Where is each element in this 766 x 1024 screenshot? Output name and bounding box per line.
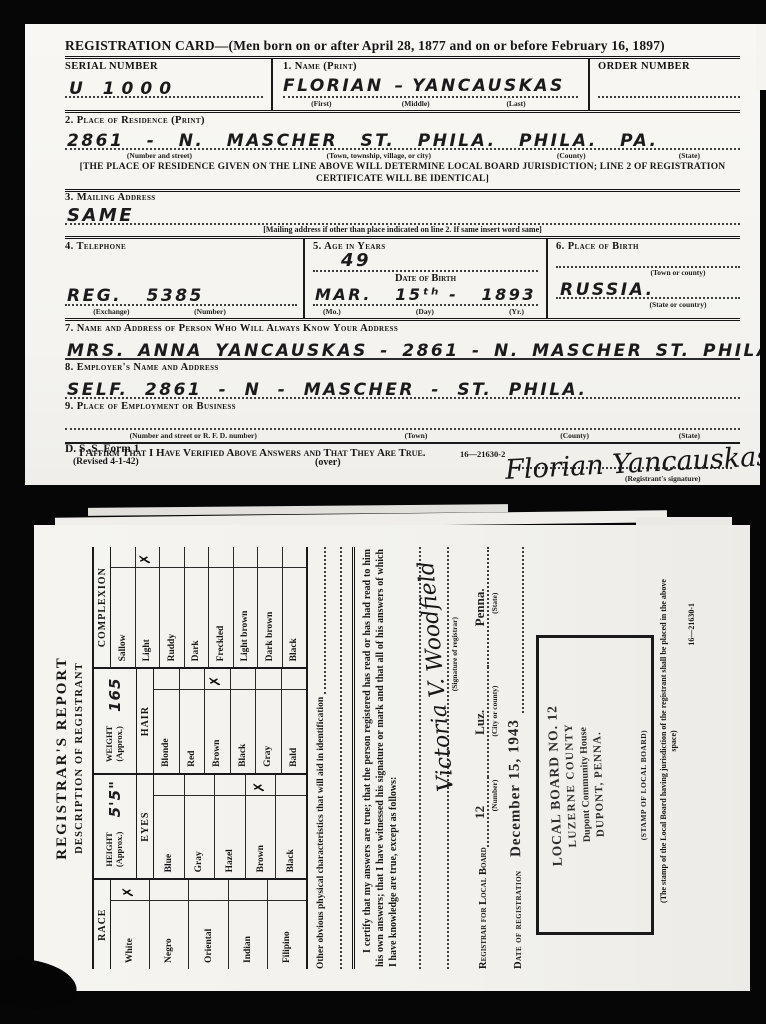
mailing-label: 3. Mailing Address bbox=[65, 192, 740, 203]
mailing-line: SAME bbox=[65, 203, 740, 225]
height-eyes-column: HEIGHT (Approx.) 5'5" EYES Blue Gray Haz… bbox=[94, 775, 306, 881]
board-state-segment: Penna. bbox=[469, 547, 489, 667]
check-mark: ✗ bbox=[138, 553, 155, 566]
employment-label: 9. Place of Employment or Business bbox=[65, 401, 740, 412]
race-option-oriental: Oriental bbox=[189, 880, 228, 969]
scan-paper-edge bbox=[756, 24, 766, 90]
registration-date-value: December 15, 1943 bbox=[505, 719, 524, 857]
hair-option-black: Black bbox=[231, 669, 257, 773]
other-characteristics-row: Other obvious physical characteristics t… bbox=[316, 547, 326, 969]
back-print-code: 16—21630-1 bbox=[687, 603, 696, 969]
mailing-note: [Mailing address if other than place ind… bbox=[125, 225, 680, 234]
hair-option-brown: Brown ✗ bbox=[205, 669, 231, 773]
complexion-light-checkbox: ✗ bbox=[136, 547, 160, 568]
other-characteristics-line bbox=[326, 547, 342, 969]
local-board-label: Registrar for Local Board bbox=[478, 847, 489, 969]
employer-line: SELF. 2861 - N - MASCHER - ST. PHILA. bbox=[65, 373, 740, 399]
weight-approx-label: (Approx.) bbox=[114, 726, 124, 762]
dob-month-value: MAR. bbox=[315, 285, 372, 304]
birthplace-label: 6. Place of Birth bbox=[556, 241, 740, 252]
birthplace-sub-state: (State or country) bbox=[616, 300, 740, 309]
race-option-filipino: Filipino bbox=[268, 880, 306, 969]
registrar-signature-label: (Signature of registrar) bbox=[450, 617, 459, 969]
height-cell: HEIGHT (Approx.) 5'5" bbox=[94, 775, 137, 879]
telephone-sub-number: (Number) bbox=[158, 307, 262, 316]
name-last-value: YANCAUSKAS bbox=[412, 76, 565, 96]
form-id: D. S. S. Form 1 bbox=[65, 443, 139, 455]
eyes-option-brown: Brown ✗ bbox=[246, 775, 277, 879]
local-board-sublabels: (Number) (City or county) (State) bbox=[490, 547, 499, 969]
weight-value: 165 bbox=[106, 678, 124, 712]
eyes-brown-checkbox: ✗ bbox=[246, 775, 276, 796]
employer-value: SELF. 2861 - N - MASCHER - ST. PHILA. bbox=[67, 380, 587, 400]
order-number-label: ORDER NUMBER bbox=[598, 61, 740, 72]
telephone-cell: 4. Telephone REG. 5385 (Exchange) (Numbe… bbox=[65, 239, 305, 318]
serial-name-order-row: SERIAL NUMBER U 1000 1. Name (Print) FLO… bbox=[65, 59, 740, 113]
registration-date-label: Date of registration bbox=[513, 871, 524, 969]
registration-card-front: REGISTRATION CARD—(Men born on or after … bbox=[25, 24, 760, 485]
complexion-option-light: Light ✗ bbox=[136, 547, 161, 667]
hair-option-bald: Bald bbox=[282, 669, 307, 773]
description-table: RACE White ✗ Negro Oriental Indian bbox=[92, 547, 308, 969]
complexion-option-black: Black bbox=[283, 547, 307, 667]
employment-line bbox=[65, 412, 740, 430]
registrar-signature-zone: Victoria V. Woodfield bbox=[427, 547, 449, 969]
order-number-line bbox=[598, 72, 740, 98]
race-column: RACE White ✗ Negro Oriental Indian bbox=[94, 880, 306, 969]
board-sub-state: (State) bbox=[490, 547, 499, 660]
weight-cell: WEIGHT (Approx.) 165 bbox=[94, 669, 137, 773]
name-sub-first: (First) bbox=[283, 99, 360, 108]
hair-header: HAIR bbox=[137, 669, 154, 773]
section-rule bbox=[352, 547, 355, 969]
complexion-option-sallow: Sallow bbox=[111, 547, 136, 667]
name-line: FLORIAN – YANCAUSKAS bbox=[283, 72, 578, 98]
name-sub-middle: (Middle) bbox=[360, 99, 472, 108]
board-city-value: Luz. bbox=[472, 710, 487, 735]
birthplace-line: RUSSIA. bbox=[556, 277, 740, 299]
dob-line: MAR. 15ᵗʰ - 1893 bbox=[313, 284, 538, 306]
dob-day-value: 15ᵗʰ - bbox=[395, 285, 458, 304]
registrar-certification: I certify that my answers are true; that… bbox=[361, 549, 401, 967]
complexion-option-ruddy: Ruddy bbox=[160, 547, 185, 667]
jurisdiction-note: [THE PLACE OF RESIDENCE GIVEN ON THE LIN… bbox=[73, 162, 732, 186]
telephone-line: REG. 5385 bbox=[65, 282, 297, 306]
race-white-checkbox: ✗ bbox=[111, 880, 149, 901]
height-label: HEIGHT bbox=[104, 832, 114, 866]
board-sub-number: (Number) bbox=[490, 763, 499, 829]
age-value: 49 bbox=[341, 250, 538, 268]
order-number-cell: ORDER NUMBER bbox=[588, 59, 740, 110]
contact-value: MRS. ANNA YANCAUSKAS - 2861 - N. MASCHER… bbox=[67, 341, 760, 361]
front-print-code: 16—21630-2 bbox=[460, 449, 505, 459]
board-city-segment: Luz. bbox=[469, 667, 489, 777]
telephone-value: REG. 5385 bbox=[67, 286, 204, 306]
other-characteristics-label: Other obvious physical characteristics t… bbox=[316, 697, 326, 969]
telephone-age-birth-row: 4. Telephone REG. 5385 (Exchange) (Numbe… bbox=[65, 239, 740, 321]
serial-number-cell: SERIAL NUMBER U 1000 bbox=[65, 59, 273, 110]
complexion-header: COMPLEXION bbox=[94, 547, 111, 667]
registrant-signature-label: (Registrant's signature) bbox=[625, 474, 700, 483]
age-dob-cell: 5. Age in Years 49 Date of Birth MAR. 15… bbox=[305, 239, 548, 318]
complexion-option-dark-brown: Dark brown bbox=[258, 547, 283, 667]
serial-number-line: U 1000 bbox=[65, 72, 263, 98]
name-first-value: FLORIAN bbox=[283, 76, 384, 96]
form-revision: (Revised 4-1-42) bbox=[73, 457, 139, 467]
card-title: REGISTRATION CARD—(Men born on or after … bbox=[65, 38, 740, 54]
hair-option-gray: Gray bbox=[256, 669, 282, 773]
contact-label: 7. Name and Address of Person Who Will A… bbox=[65, 323, 740, 334]
local-board-row: Registrar for Local Board 12 Luz. Penna. bbox=[469, 547, 489, 969]
local-board-stamp-box: LOCAL BOARD NO. 12 LUZERNE COUNTY Dupont… bbox=[536, 635, 654, 935]
weight-hair-column: WEIGHT (Approx.) 165 HAIR Blonde Red Bro… bbox=[94, 669, 306, 775]
dob-sub-year: (Yr.) bbox=[509, 307, 524, 316]
residence-sub-county: (County) bbox=[504, 151, 639, 160]
residence-sub-street: (Number and street) bbox=[65, 151, 254, 160]
residence-sub-town: (Town, township, village, or city) bbox=[254, 151, 504, 160]
board-state-value: Penna. bbox=[472, 588, 487, 626]
eyes-option-hazel: Hazel bbox=[215, 775, 246, 879]
contact-line: MRS. ANNA YANCAUSKAS - 2861 - N. MASCHER… bbox=[65, 334, 740, 360]
complexion-option-dark: Dark bbox=[185, 547, 210, 667]
residence-section: 2. Place of Residence (Print) 2861 - N. … bbox=[65, 113, 740, 186]
front-footer: D. S. S. Form 1 (Revised 4-1-42) (over) … bbox=[65, 437, 742, 481]
height-approx-label: (Approx.) bbox=[114, 832, 124, 868]
race-option-white: White ✗ bbox=[111, 880, 150, 969]
hair-option-red: Red bbox=[180, 669, 206, 773]
eyes-option-black: Black bbox=[276, 775, 306, 879]
weight-label: WEIGHT bbox=[104, 726, 114, 762]
check-mark: ✗ bbox=[120, 886, 137, 899]
employer-label: 8. Employer's Name and Address bbox=[65, 362, 740, 373]
mailing-section: 3. Mailing Address SAME [Mailing address… bbox=[65, 189, 740, 239]
registrar-report-back: REGISTRAR'S REPORT DESCRIPTION OF REGIST… bbox=[34, 525, 750, 991]
board-number-value: 12 bbox=[472, 806, 487, 819]
name-label: 1. Name (Print) bbox=[283, 61, 578, 72]
name-sub-last: (Last) bbox=[472, 99, 561, 108]
mailing-value: SAME bbox=[67, 205, 134, 226]
description-subtitle: DESCRIPTION OF REGISTRANT bbox=[74, 547, 85, 969]
registration-date-row: Date of registration December 15, 1943 bbox=[507, 547, 524, 969]
board-number-segment: 12 bbox=[469, 777, 489, 847]
race-option-indian: Indian bbox=[229, 880, 268, 969]
over-note: (over) bbox=[315, 457, 341, 468]
residence-line: 2861 - N. MASCHER ST. PHILA. PHILA. PA. bbox=[65, 126, 740, 150]
scanned-draft-card-page: REGISTRATION CARD—(Men born on or after … bbox=[0, 0, 766, 1024]
residence-value: 2861 - N. MASCHER ST. PHILA. PHILA. PA. bbox=[67, 131, 659, 151]
hair-option-blonde: Blonde bbox=[154, 669, 180, 773]
name-cell: 1. Name (Print) FLORIAN – YANCAUSKAS (Fi… bbox=[273, 59, 588, 110]
contact-section: 7. Name and Address of Person Who Will A… bbox=[65, 321, 740, 360]
telephone-sub-exchange: (Exchange) bbox=[65, 307, 158, 316]
complexion-option-light-brown: Light brown bbox=[234, 547, 259, 667]
birthplace-town-line bbox=[556, 252, 740, 268]
local-board-stamp: LOCAL BOARD NO. 12 LUZERNE COUNTY Dupont… bbox=[541, 637, 609, 933]
stamp-placement-note: (The stamp of the Local Board having jur… bbox=[659, 577, 680, 905]
telephone-label: 4. Telephone bbox=[65, 241, 297, 252]
name-middle-value: – bbox=[395, 76, 406, 96]
complexion-column: COMPLEXION Sallow Light ✗ Ruddy Dark Fre… bbox=[94, 547, 306, 669]
board-sub-city: (City or county) bbox=[490, 660, 499, 763]
dob-sub-month: (Mo.) bbox=[323, 307, 341, 316]
check-mark: ✗ bbox=[251, 781, 268, 794]
complexion-option-freckled: Freckled bbox=[209, 547, 234, 667]
serial-number-label: SERIAL NUMBER bbox=[65, 61, 263, 72]
eyes-option-gray: Gray bbox=[185, 775, 216, 879]
dob-year-value: 1893 bbox=[481, 285, 536, 304]
height-value: 5'5" bbox=[106, 780, 124, 817]
race-header: RACE bbox=[94, 880, 111, 969]
hair-brown-checkbox: ✗ bbox=[205, 669, 230, 690]
dob-sub-day: (Day) bbox=[416, 307, 434, 316]
registrar-report-title: REGISTRAR'S REPORT bbox=[54, 547, 71, 969]
eyes-header: EYES bbox=[137, 775, 154, 879]
birthplace-cell: 6. Place of Birth (Town or county) RUSSI… bbox=[548, 239, 740, 318]
eyes-option-blue: Blue bbox=[154, 775, 185, 879]
serial-number-value: U 1000 bbox=[69, 79, 178, 99]
residence-sub-state: (State) bbox=[639, 151, 740, 160]
race-option-negro: Negro bbox=[150, 880, 189, 969]
birthplace-value: RUSSIA. bbox=[560, 280, 655, 300]
dob-label: Date of Birth bbox=[313, 270, 538, 284]
employer-section: 8. Employer's Name and Address SELF. 286… bbox=[65, 360, 740, 399]
stamp-caption: (STAMP OF LOCAL BOARD) bbox=[639, 638, 648, 932]
birthplace-sub-town: (Town or county) bbox=[616, 268, 740, 277]
residence-label: 2. Place of Residence (Print) bbox=[65, 115, 740, 126]
check-mark: ✗ bbox=[208, 675, 225, 688]
